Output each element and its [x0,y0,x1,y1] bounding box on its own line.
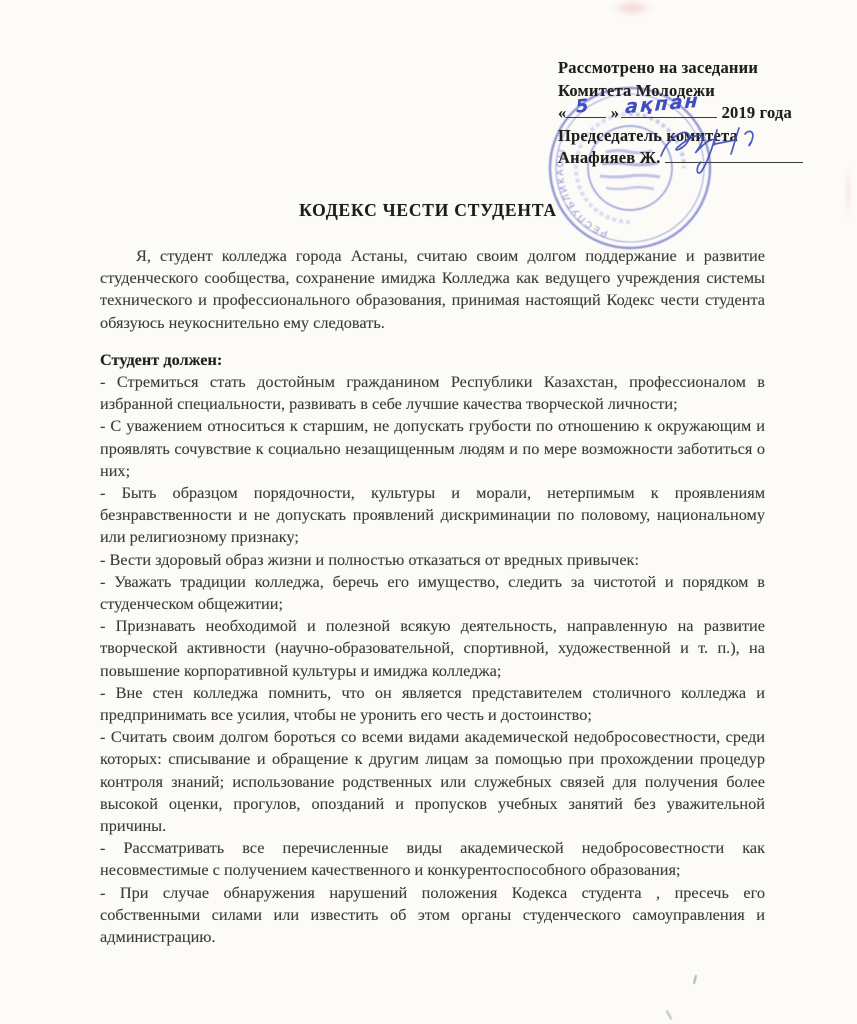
approval-block: Рассмотрено на заседании Комитета Молоде… [558,57,828,170]
section-heading: Студент должен: [100,349,765,371]
code-item: - При случае обнаружения нарушений полож… [100,882,765,949]
code-item: - Стремиться стать достойным гражданином… [100,371,765,415]
code-item: - Вне стен колледжа помнить, что он явля… [100,682,765,726]
open-quote: « [558,103,566,122]
approval-line-3: Председатель комитета [558,125,828,148]
scanned-document-page: РЕСПУБЛИКАСЫ Рассмотрено на заседании Ко… [0,0,857,1024]
code-item: - Рассматривать все перечисленные виды а… [100,837,765,881]
code-item: - С уважением относиться к старшим, не д… [100,415,765,482]
code-item: - Признавать необходимой и полезной всяк… [100,615,765,682]
scan-artifact [610,0,654,16]
document-body: Я, студент колледжа города Астаны, счита… [100,245,765,948]
handwritten-day: 5 [575,95,590,119]
approval-line-1: Рассмотрено на заседании [558,57,828,80]
intro-paragraph: Я, студент колледжа города Астаны, счита… [100,245,765,334]
approval-date-line: «5 »ақпан 2019 года [558,102,828,125]
scan-artifact [666,1010,672,1020]
date-day-blank: 5 [566,103,606,118]
code-item: - Вести здоровый образ жизни и полностью… [100,549,765,571]
scan-artifact [845,165,852,220]
chairman-name: Анафияев Ж. [558,148,661,167]
date-month-blank: ақпан [621,103,717,118]
code-item: - Быть образцом порядочности, культуры и… [100,482,765,549]
close-quote: » [611,103,619,122]
scan-artifact [693,975,697,984]
code-item: - Уважать традиции колледжа, беречь его … [100,571,765,615]
document-title: КОДЕКС ЧЕСТИ СТУДЕНТА [98,200,758,221]
code-item: - Считать своим долгом бороться со всеми… [100,726,765,837]
signature-line [665,148,803,163]
approval-line-4: Анафияев Ж. [558,147,828,170]
date-year: 2019 года [722,103,792,122]
